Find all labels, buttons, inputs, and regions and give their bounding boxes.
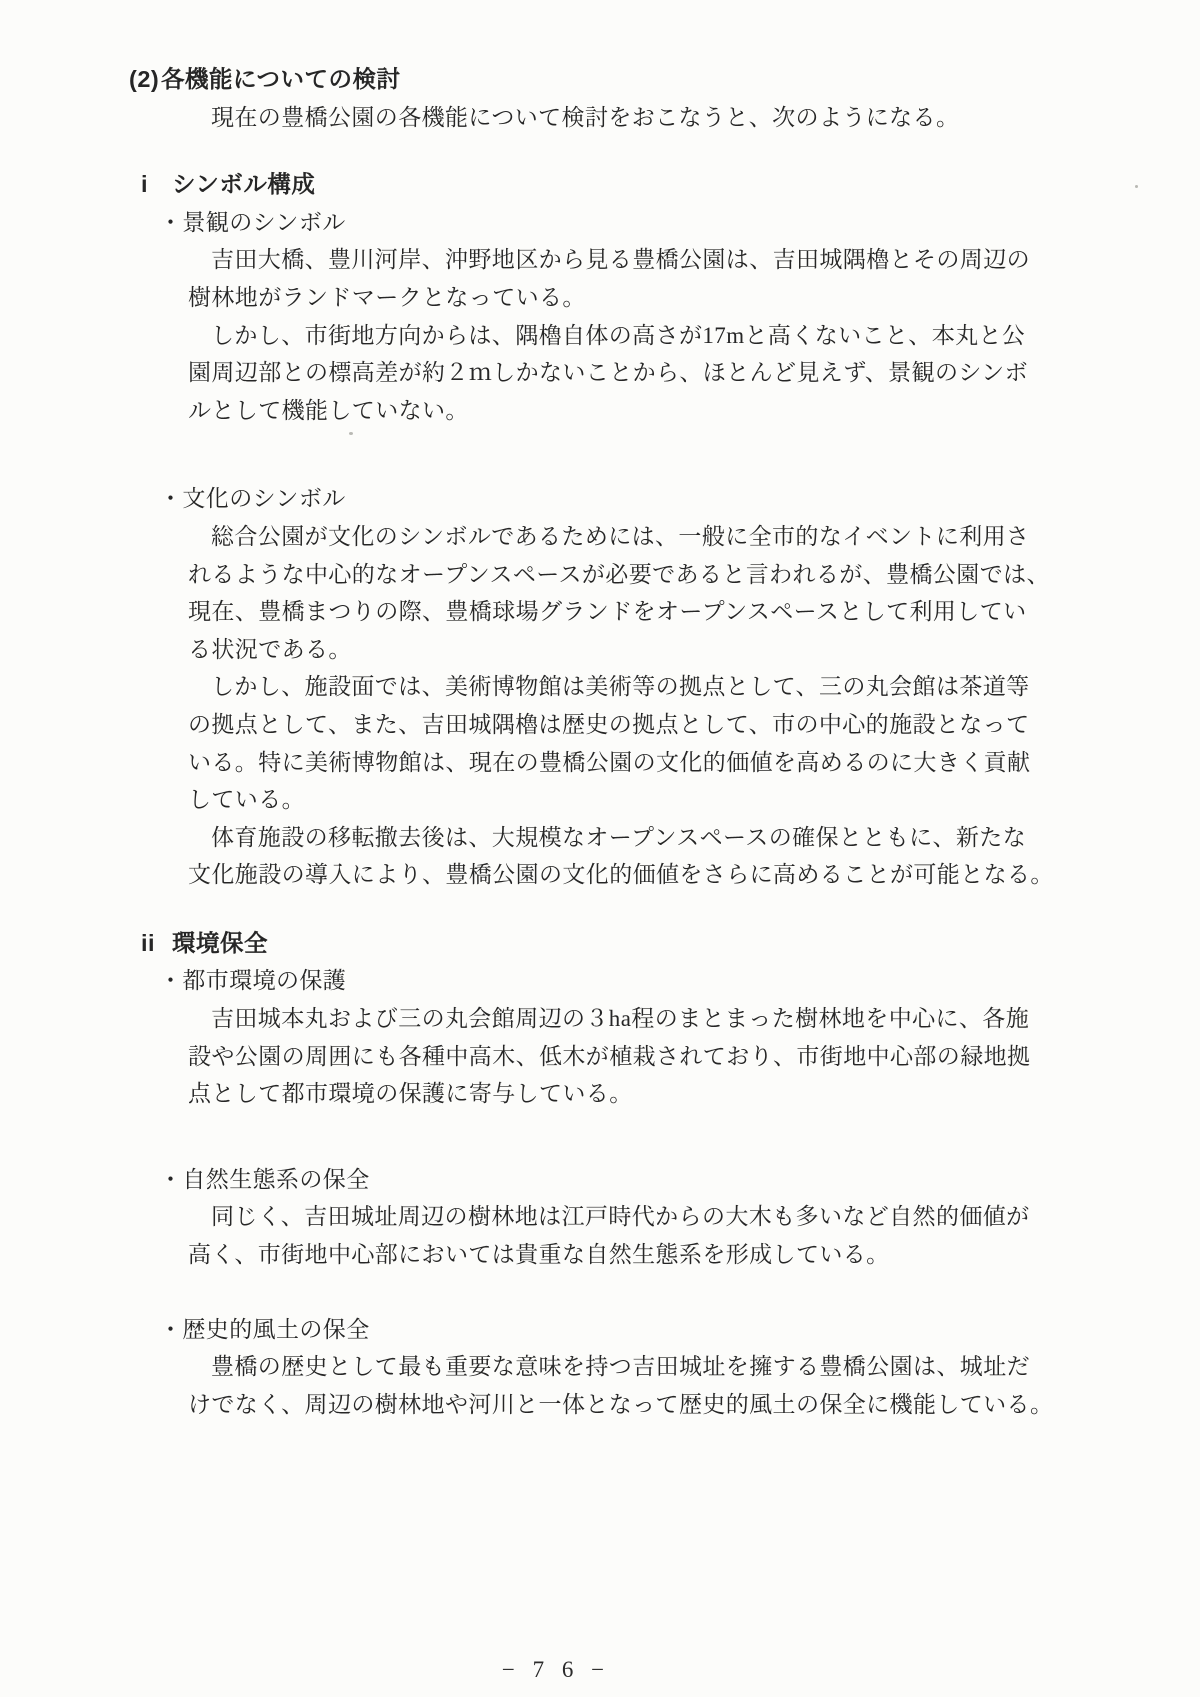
body-line: 体育施設の移転撤去後は、大規模なオープンスペースの確保とともに、新たな bbox=[188, 819, 1044, 857]
body-line: けでなく、周辺の樹林地や河川と一体となって歴史的風土の保全に機能している。 bbox=[188, 1386, 1044, 1424]
body-line: しかし、市街地方向からは、隅櫓自体の高さが17mと高くないこと、本丸と公 bbox=[188, 317, 1044, 355]
body-line: 文化施設の導入により、豊橋公園の文化的価値をさらに高めることが可能となる。 bbox=[188, 856, 1044, 894]
body-line: ルとして機能していない。 bbox=[188, 392, 1044, 430]
body-line: 樹林地がランドマークとなっている。 bbox=[188, 279, 1044, 317]
body-line: れるような中心的なオープンスペースが必要であると言われるが、豊橋公園では、 bbox=[188, 556, 1044, 594]
heading-title: 各機能についての検討 bbox=[161, 66, 401, 92]
body-line: 設や公園の周囲にも各種中高木、低木が植栽されており、市街地中心部の緑地拠 bbox=[188, 1038, 1044, 1076]
scan-speck bbox=[349, 432, 353, 435]
bullet-urban-environment: ・都市環境の保護 bbox=[159, 962, 1200, 1000]
heading-number: (2) bbox=[129, 61, 161, 99]
scan-speck bbox=[1135, 185, 1138, 188]
bullet-landscape-symbol: ・景観のシンボル bbox=[159, 204, 1200, 242]
body-line: 点として都市環境の保護に寄与している。 bbox=[188, 1075, 1044, 1113]
section-head-environment: ii環境保全 bbox=[141, 925, 1200, 963]
scanned-document-page: (2)各機能についての検討 現在の豊橋公園の各機能について検討をおこなうと、次の… bbox=[0, 0, 1200, 1697]
section-head-symbol: iシンボル構成 bbox=[141, 166, 1200, 204]
section-numeral: ii bbox=[141, 925, 172, 963]
body-line: 同じく、吉田城址周辺の樹林地は江戸時代からの大木も多いなど自然的価値が bbox=[188, 1198, 1044, 1236]
page-number: − 7 6 − bbox=[446, 1655, 666, 1685]
bullet-culture-symbol: ・文化のシンボル bbox=[159, 480, 1200, 518]
section-title: 環境保全 bbox=[172, 930, 268, 956]
body-line: している。 bbox=[188, 781, 1044, 819]
body-line: しかし、施設面では、美術博物館は美術等の拠点として、三の丸会館は茶道等 bbox=[188, 668, 1044, 706]
section-title: シンボル構成 bbox=[172, 171, 315, 197]
body-line: 吉田城本丸および三の丸会館周辺の３ha程のまとまった樹林地を中心に、各施 bbox=[188, 1000, 1044, 1038]
body-line: る状況である。 bbox=[188, 631, 1044, 669]
body-line: 現在、豊橋まつりの際、豊橋球場グランドをオープンスペースとして利用してい bbox=[188, 593, 1044, 631]
body-line: の拠点として、また、吉田城隅櫓は歴史の拠点として、市の中心的施設となって bbox=[188, 706, 1044, 744]
body-line: 吉田大橋、豊川河岸、沖野地区から見る豊橋公園は、吉田城隅櫓とその周辺の bbox=[188, 241, 1044, 279]
body-line: 園周辺部との標高差が約２ｍしかないことから、ほとんど見えず、景観のシンボ bbox=[188, 354, 1044, 392]
body-line: 総合公園が文化のシンボルであるためには、一般に全市的なイベントに利用さ bbox=[188, 518, 1044, 556]
body-line: いる。特に美術博物館は、現在の豊橋公園の文化的価値を高めるのに大きく貢献 bbox=[188, 744, 1044, 782]
body-line: 高く、市街地中心部においては貴重な自然生態系を形成している。 bbox=[188, 1236, 1044, 1274]
section-numeral: i bbox=[141, 166, 172, 204]
intro-paragraph: 現在の豊橋公園の各機能について検討をおこなうと、次のようになる。 bbox=[188, 99, 1044, 137]
numbered-heading: (2)各機能についての検討 bbox=[129, 0, 1200, 99]
body-line: 豊橋の歴史として最も重要な意味を持つ吉田城址を擁する豊橋公園は、城址だ bbox=[188, 1348, 1044, 1386]
bullet-natural-ecosystem: ・自然生態系の保全 bbox=[159, 1161, 1200, 1199]
bullet-historic-landscape: ・歴史的風土の保全 bbox=[159, 1311, 1200, 1349]
